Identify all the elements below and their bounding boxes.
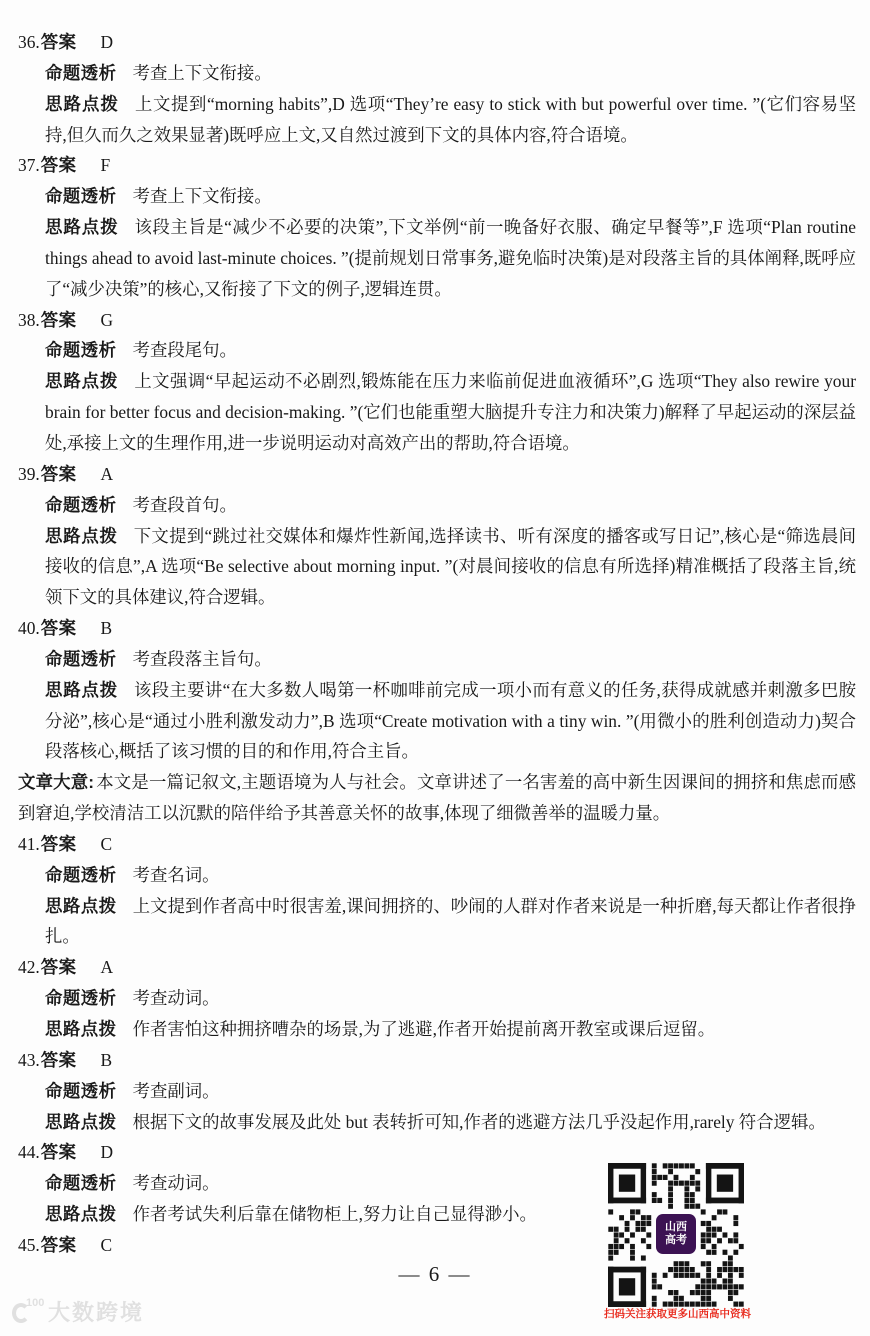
qr-badge-line1: 山西	[665, 1221, 687, 1234]
analysis-text: 考查动词。	[133, 1173, 220, 1193]
answer-label: 答案	[41, 834, 77, 854]
question-head: 39.答案A	[18, 459, 856, 490]
tips-text: 上文提到“morning habits”,D 选项“They’re easy t…	[45, 94, 856, 145]
watermark-logo-sup: 100	[26, 1297, 44, 1309]
analysis-text: 考查名词。	[133, 865, 220, 885]
tips-label: 思路点拨	[45, 680, 118, 700]
watermark-text: 大数跨境	[48, 1296, 144, 1327]
answer-value: G	[101, 310, 114, 330]
analysis-row: 命题透析考查副词。	[45, 1076, 856, 1107]
answer-value: C	[101, 834, 113, 854]
analysis-text: 考查段落主旨句。	[133, 649, 272, 669]
tips-label: 思路点拨	[45, 1112, 117, 1132]
answer-label: 答案	[41, 1050, 77, 1070]
question-number: 40.	[18, 613, 40, 644]
analysis-label: 命题透析	[45, 988, 117, 1008]
question-block-41: 41.答案C 命题透析考查名词。 思路点拨上文提到作者高中时很害羞,课间拥挤的、…	[18, 829, 856, 952]
tips-paragraph: 思路点拨上文强调“早起运动不必剧烈,锻炼能在压力来临前促进血液循环”,G 选项“…	[45, 366, 856, 459]
tips-text: 上文提到作者高中时很害羞,课间拥挤的、吵闹的人群对作者来说是一种折磨,每天都让作…	[45, 896, 856, 947]
answer-label: 答案	[41, 1142, 77, 1162]
question-number: 41.	[18, 829, 40, 860]
question-head: 42.答案A	[18, 952, 856, 983]
analysis-label: 命题透析	[45, 865, 117, 885]
question-block-40: 40.答案B 命题透析考查段落主旨句。 思路点拨该段主要讲“在大多数人喝第一杯咖…	[18, 613, 856, 767]
tips-label: 思路点拨	[45, 896, 117, 916]
question-number: 43.	[18, 1045, 40, 1076]
tips-paragraph: 思路点拨根据下文的故事发展及此处 but 表转折可知,作者的逃避方法几乎没起作用…	[45, 1107, 856, 1138]
question-number: 37.	[18, 150, 40, 181]
tips-text: 根据下文的故事发展及此处 but 表转折可知,作者的逃避方法几乎没起作用,rar…	[133, 1112, 826, 1132]
answer-value: D	[101, 1142, 114, 1162]
question-head: 43.答案B	[18, 1045, 856, 1076]
watermark-logo-icon: 100	[12, 1297, 42, 1327]
qr-center-badge: 山西 高考	[656, 1214, 696, 1254]
analysis-text: 考查动词。	[133, 988, 220, 1008]
analysis-row: 命题透析考查上下文衔接。	[45, 58, 856, 89]
analysis-row: 命题透析考查段首句。	[45, 490, 856, 521]
answer-label: 答案	[41, 310, 77, 330]
analysis-label: 命题透析	[45, 649, 117, 669]
tips-text: 下文提到“跳过社交媒体和爆炸性新闻,选择读书、听有深度的播客或写日记”,核心是“…	[45, 526, 856, 608]
question-head: 38.答案G	[18, 305, 856, 336]
summary-label: 文章大意:	[18, 772, 94, 792]
answer-label: 答案	[41, 957, 77, 977]
question-number: 39.	[18, 459, 40, 490]
qr-badge-line2: 高考	[665, 1234, 687, 1247]
analysis-row: 命题透析考查名词。	[45, 860, 856, 891]
analysis-label: 命题透析	[45, 1081, 117, 1101]
tips-paragraph: 思路点拨该段主旨是“减少不必要的决策”,下文举例“前一晚备好衣服、确定早餐等”,…	[45, 212, 856, 305]
tips-text: 该段主旨是“减少不必要的决策”,下文举例“前一晚备好衣服、确定早餐等”,F 选项…	[45, 217, 856, 299]
tips-label: 思路点拨	[45, 94, 119, 114]
question-block-43: 43.答案B 命题透析考查副词。 思路点拨根据下文的故事发展及此处 but 表转…	[18, 1045, 856, 1138]
analysis-text: 考查上下文衔接。	[133, 186, 272, 206]
tips-paragraph: 思路点拨该段主要讲“在大多数人喝第一杯咖啡前完成一项小而有意义的任务,获得成就感…	[45, 675, 856, 768]
answer-value: D	[101, 32, 114, 52]
analysis-text: 考查上下文衔接。	[133, 63, 272, 83]
tips-paragraph: 思路点拨下文提到“跳过社交媒体和爆炸性新闻,选择读书、听有深度的播客或写日记”,…	[45, 521, 856, 614]
analysis-text: 考查段尾句。	[133, 340, 237, 360]
question-head: 36.答案D	[18, 27, 856, 58]
answer-value: A	[101, 464, 114, 484]
analysis-label: 命题透析	[45, 495, 117, 515]
question-head: 40.答案B	[18, 613, 856, 644]
question-number: 44.	[18, 1137, 40, 1168]
analysis-label: 命题透析	[45, 63, 117, 83]
question-block-38: 38.答案G 命题透析考查段尾句。 思路点拨上文强调“早起运动不必剧烈,锻炼能在…	[18, 305, 856, 459]
tips-paragraph: 思路点拨作者害怕这种拥挤嘈杂的场景,为了逃避,作者开始提前离开教室或课后逗留。	[45, 1014, 856, 1045]
tips-text: 作者害怕这种拥挤嘈杂的场景,为了逃避,作者开始提前离开教室或课后逗留。	[133, 1019, 716, 1039]
summary-text: 本文是一篇记叙文,主题语境为人与社会。文章讲述了一名害羞的高中新生因课间的拥挤和…	[18, 772, 856, 823]
answer-value: F	[101, 155, 111, 175]
question-head: 37.答案F	[18, 150, 856, 181]
tips-label: 思路点拨	[45, 1204, 117, 1224]
tips-label: 思路点拨	[45, 217, 119, 237]
watermark: 100 大数跨境	[12, 1296, 144, 1327]
question-number: 45.	[18, 1230, 40, 1261]
analysis-row: 命题透析考查上下文衔接。	[45, 181, 856, 212]
question-number: 42.	[18, 952, 40, 983]
answer-value: B	[101, 618, 113, 638]
analysis-text: 考查段首句。	[133, 495, 237, 515]
analysis-label: 命题透析	[45, 340, 117, 360]
analysis-row: 命题透析考查段尾句。	[45, 335, 856, 366]
analysis-label: 命题透析	[45, 1173, 117, 1193]
answer-value: B	[101, 1050, 113, 1070]
tips-paragraph: 思路点拨上文提到“morning habits”,D 选项“They’re ea…	[45, 89, 856, 151]
tips-text: 该段主要讲“在大多数人喝第一杯咖啡前完成一项小而有意义的任务,获得成就感并刺激多…	[45, 680, 856, 762]
question-number: 38.	[18, 305, 40, 336]
answer-label: 答案	[41, 1235, 77, 1255]
tips-paragraph: 思路点拨上文提到作者高中时很害羞,课间拥挤的、吵闹的人群对作者来说是一种折磨,每…	[45, 891, 856, 953]
question-head: 41.答案C	[18, 829, 856, 860]
answer-label: 答案	[41, 32, 77, 52]
question-block-39: 39.答案A 命题透析考查段首句。 思路点拨下文提到“跳过社交媒体和爆炸性新闻,…	[18, 459, 856, 613]
tips-text: 作者考试失利后靠在储物柜上,努力让自己显得渺小。	[133, 1204, 537, 1224]
answer-value: C	[101, 1235, 113, 1255]
answer-value: A	[101, 957, 114, 977]
tips-label: 思路点拨	[45, 1019, 117, 1039]
analysis-row: 命题透析考查动词。	[45, 983, 856, 1014]
qr-code: 山西 高考	[608, 1163, 744, 1307]
analysis-text: 考查副词。	[133, 1081, 220, 1101]
question-block-36: 36.答案D 命题透析考查上下文衔接。 思路点拨上文提到“morning hab…	[18, 27, 856, 150]
tips-text: 上文强调“早起运动不必剧烈,锻炼能在压力来临前促进血液循环”,G 选项“They…	[45, 371, 856, 453]
tips-label: 思路点拨	[45, 371, 118, 391]
answer-label: 答案	[41, 464, 77, 484]
tips-label: 思路点拨	[45, 526, 118, 546]
analysis-row: 命题透析考查段落主旨句。	[45, 644, 856, 675]
qr-caption: 扫码关注获取更多山西高中资料	[595, 1306, 760, 1321]
question-block-37: 37.答案F 命题透析考查上下文衔接。 思路点拨该段主旨是“减少不必要的决策”,…	[18, 150, 856, 304]
answer-key-content: 36.答案D 命题透析考查上下文衔接。 思路点拨上文提到“morning hab…	[0, 0, 870, 1261]
passage-summary: 文章大意:本文是一篇记叙文,主题语境为人与社会。文章讲述了一名害羞的高中新生因课…	[18, 767, 856, 829]
question-number: 36.	[18, 27, 40, 58]
analysis-label: 命题透析	[45, 186, 117, 206]
answer-label: 答案	[41, 155, 77, 175]
answer-label: 答案	[41, 618, 77, 638]
question-block-42: 42.答案A 命题透析考查动词。 思路点拨作者害怕这种拥挤嘈杂的场景,为了逃避,…	[18, 952, 856, 1045]
